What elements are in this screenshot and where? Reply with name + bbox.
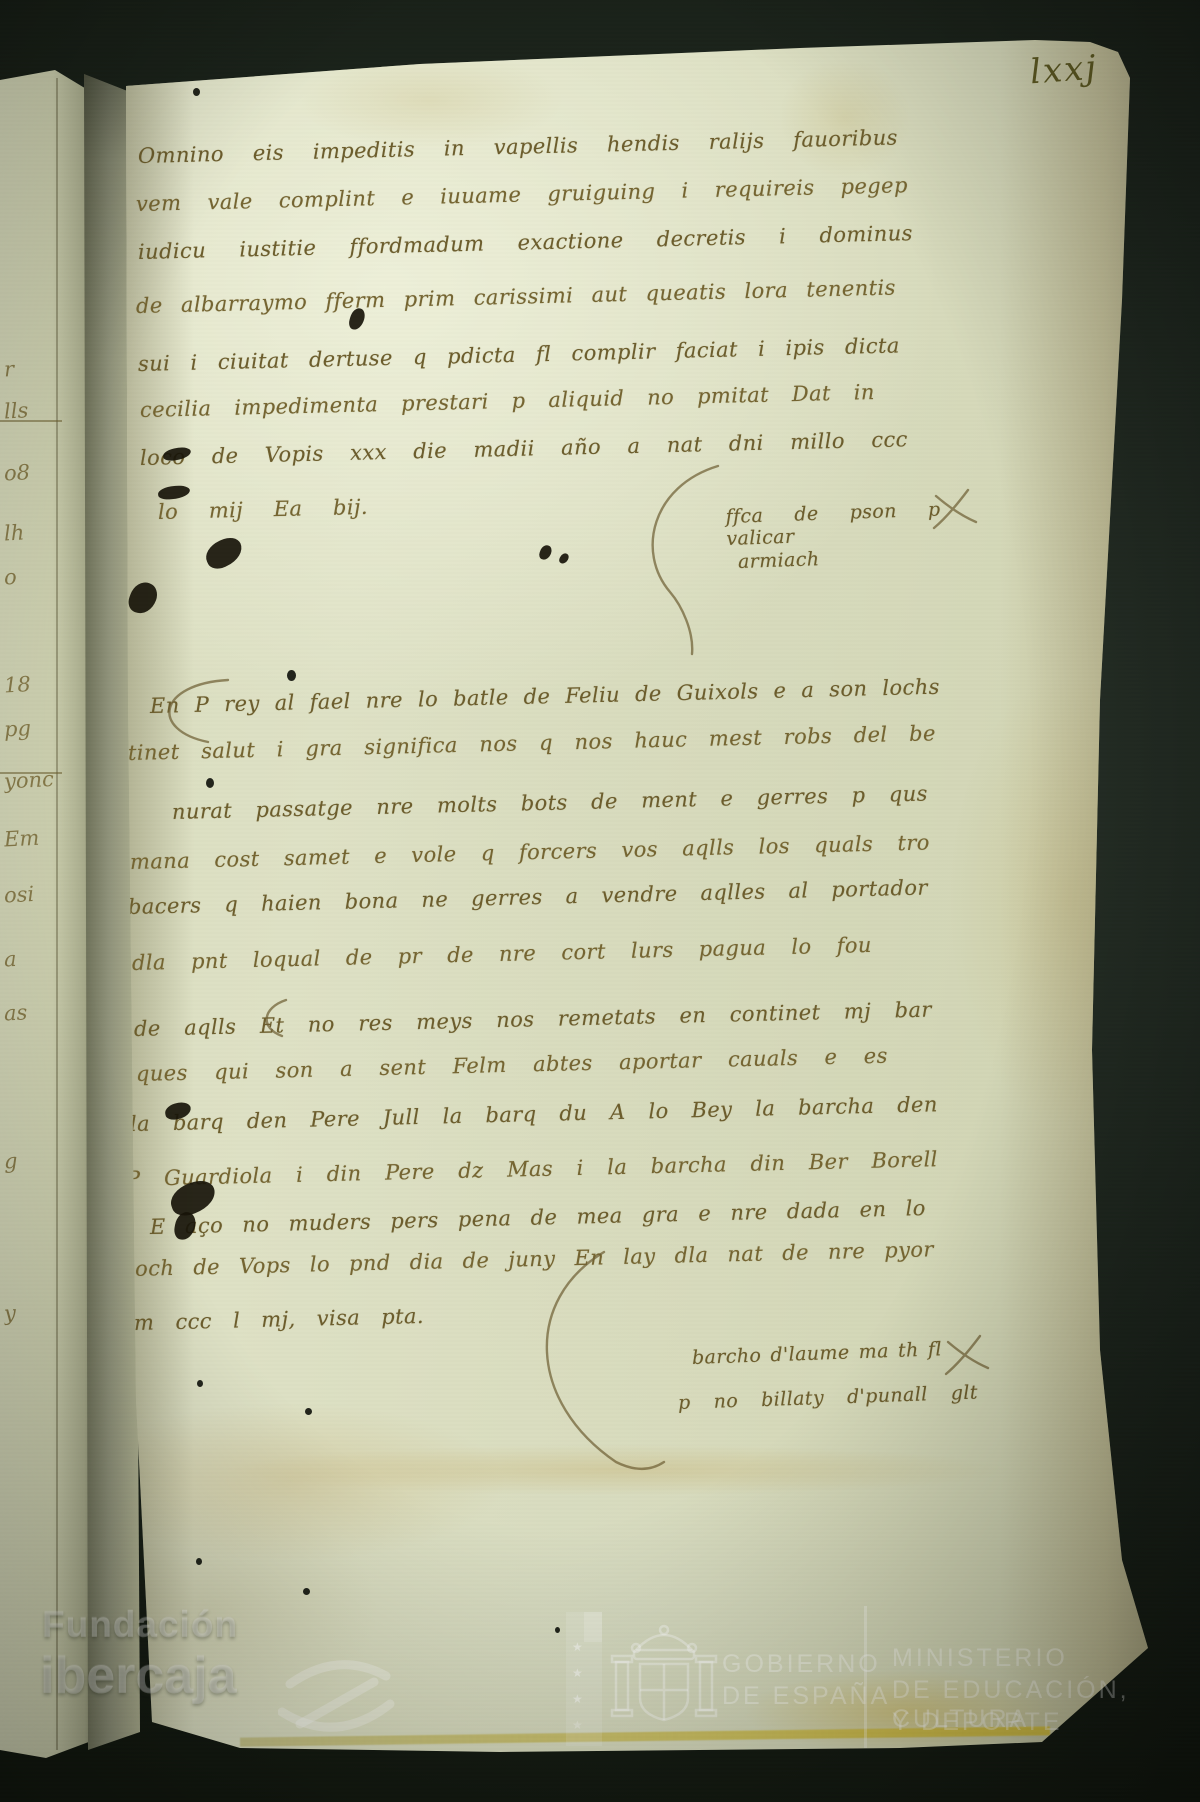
previous-folio-edge: r lls o8 lh o 18 pg yonc Em osi a as g y bbox=[0, 0, 96, 1802]
manuscript-line: nurat passatge nre molts bots de ment e … bbox=[172, 782, 928, 824]
worm-hole bbox=[305, 1408, 312, 1415]
manuscript-line: bacers q haien bona ne gerres a vendre a… bbox=[128, 875, 928, 919]
margin-text-fragment: 18 bbox=[3, 670, 62, 697]
worm-hole bbox=[197, 1380, 203, 1387]
margin-text-fragment: lh bbox=[3, 518, 62, 545]
ink-blot bbox=[201, 533, 246, 573]
margin-text-fragment: y bbox=[3, 1298, 62, 1325]
margin-text-fragment: a bbox=[3, 944, 62, 971]
flag-bar-icon bbox=[584, 1612, 602, 1642]
worm-hole bbox=[555, 1627, 560, 1633]
ministerio-watermark-line1: MINISTERIO bbox=[892, 1644, 1068, 1673]
manuscript-line: P Guardiola i din Pere dz Mas i la barch… bbox=[126, 1147, 938, 1191]
margin-text-fragment: osi bbox=[3, 880, 62, 907]
star-icon: ★ bbox=[572, 1666, 583, 1680]
chancery-signature-line: p no billaty d'punall glt bbox=[678, 1382, 979, 1414]
watermark-divider bbox=[864, 1606, 867, 1748]
ink-blot bbox=[558, 552, 570, 566]
margin-text-fragment: yonc bbox=[3, 766, 62, 793]
margin-text-fragment: as bbox=[3, 998, 62, 1025]
worm-hole bbox=[303, 1588, 310, 1595]
manuscript-line: vem vale complint e iuuame gruiguing i r… bbox=[136, 173, 908, 216]
folio-crease bbox=[56, 78, 58, 1750]
ibercaja-watermark-line1: Fundación bbox=[42, 1604, 238, 1646]
manuscript-line: de albarraymo fferm prim carissimi aut q… bbox=[136, 275, 896, 318]
ministerio-watermark-line3: Y DEPORTE bbox=[892, 1708, 1063, 1737]
worm-hole bbox=[287, 670, 296, 681]
star-icon: ★ bbox=[572, 1718, 583, 1732]
folio-number: lxxj bbox=[1029, 48, 1099, 93]
manuscript-line: ques qui son a sent Felm abtes aportar c… bbox=[136, 1044, 888, 1086]
manuscript-line: tinet salut i gra significa nos q nos ha… bbox=[128, 721, 936, 765]
margin-text-fragment: g bbox=[3, 1146, 62, 1173]
manuscript-photo: r lls o8 lh o 18 pg yonc Em osi a as g y… bbox=[0, 0, 1200, 1802]
manuscript-line: iudicu iustitie ffordmadum exactione dec… bbox=[138, 221, 913, 264]
manuscript-line: loco de Vopis xxx die madii año a nat dn… bbox=[140, 427, 908, 470]
margin-text-fragment: r bbox=[3, 354, 62, 381]
manuscript-line: loch de Vops lo pnd dia de juny En lay d… bbox=[128, 1237, 934, 1281]
worm-hole bbox=[206, 778, 214, 788]
margin-text-fragment: o8 bbox=[3, 458, 62, 485]
ruled-line-fragment bbox=[0, 420, 62, 422]
gobierno-watermark-line1: GOBIERNO bbox=[722, 1650, 881, 1679]
manuscript-line: de aqlls Et no res meys nos remetats en … bbox=[134, 998, 932, 1041]
margin-text-fragment: o bbox=[3, 562, 62, 589]
margin-text-fragment: pg bbox=[3, 714, 62, 741]
chancery-signature-line: ffca de pson p valicar bbox=[725, 499, 941, 550]
ibercaja-watermark-line2: ibercaja bbox=[40, 1646, 237, 1706]
edge-stain bbox=[1000, 40, 1150, 1760]
worm-hole bbox=[193, 88, 200, 96]
margin-text-fragment: Em bbox=[3, 824, 62, 851]
manuscript-line: lo mij Ea bij. bbox=[158, 495, 369, 524]
manuscript-line: dla pnt loqual de pr de nre cort lurs pa… bbox=[132, 933, 872, 975]
star-icon: ★ bbox=[572, 1640, 583, 1654]
manuscript-line: Omnino eis impeditis in vapellis hendis … bbox=[138, 125, 898, 168]
worm-hole bbox=[196, 1558, 202, 1565]
manuscript-line: cecilia impedimenta prestari p aliquid n… bbox=[140, 380, 875, 422]
manuscript-line: En P rey al fael nre lo batle de Feliu d… bbox=[150, 675, 940, 718]
manuscript-line: mana cost samet e vole q forcers vos aql… bbox=[130, 830, 930, 874]
manuscript-line: E aço no muders pers pena de mea gra e n… bbox=[150, 1196, 926, 1239]
chancery-signature-line: armiach bbox=[738, 547, 849, 573]
manuscript-line: sui i ciuitat dertuse q pdicta fl compli… bbox=[138, 333, 900, 376]
manuscript-line: la barq den Pere Jull la barq du A lo Be… bbox=[130, 1092, 938, 1136]
star-icon: ★ bbox=[572, 1692, 583, 1706]
manuscript-page: lxxj Omnino eis impeditis in vapellis he… bbox=[0, 0, 1200, 1802]
ink-blot bbox=[538, 544, 553, 562]
chancery-signature-line: barcho d'laume ma th fl bbox=[692, 1338, 943, 1369]
